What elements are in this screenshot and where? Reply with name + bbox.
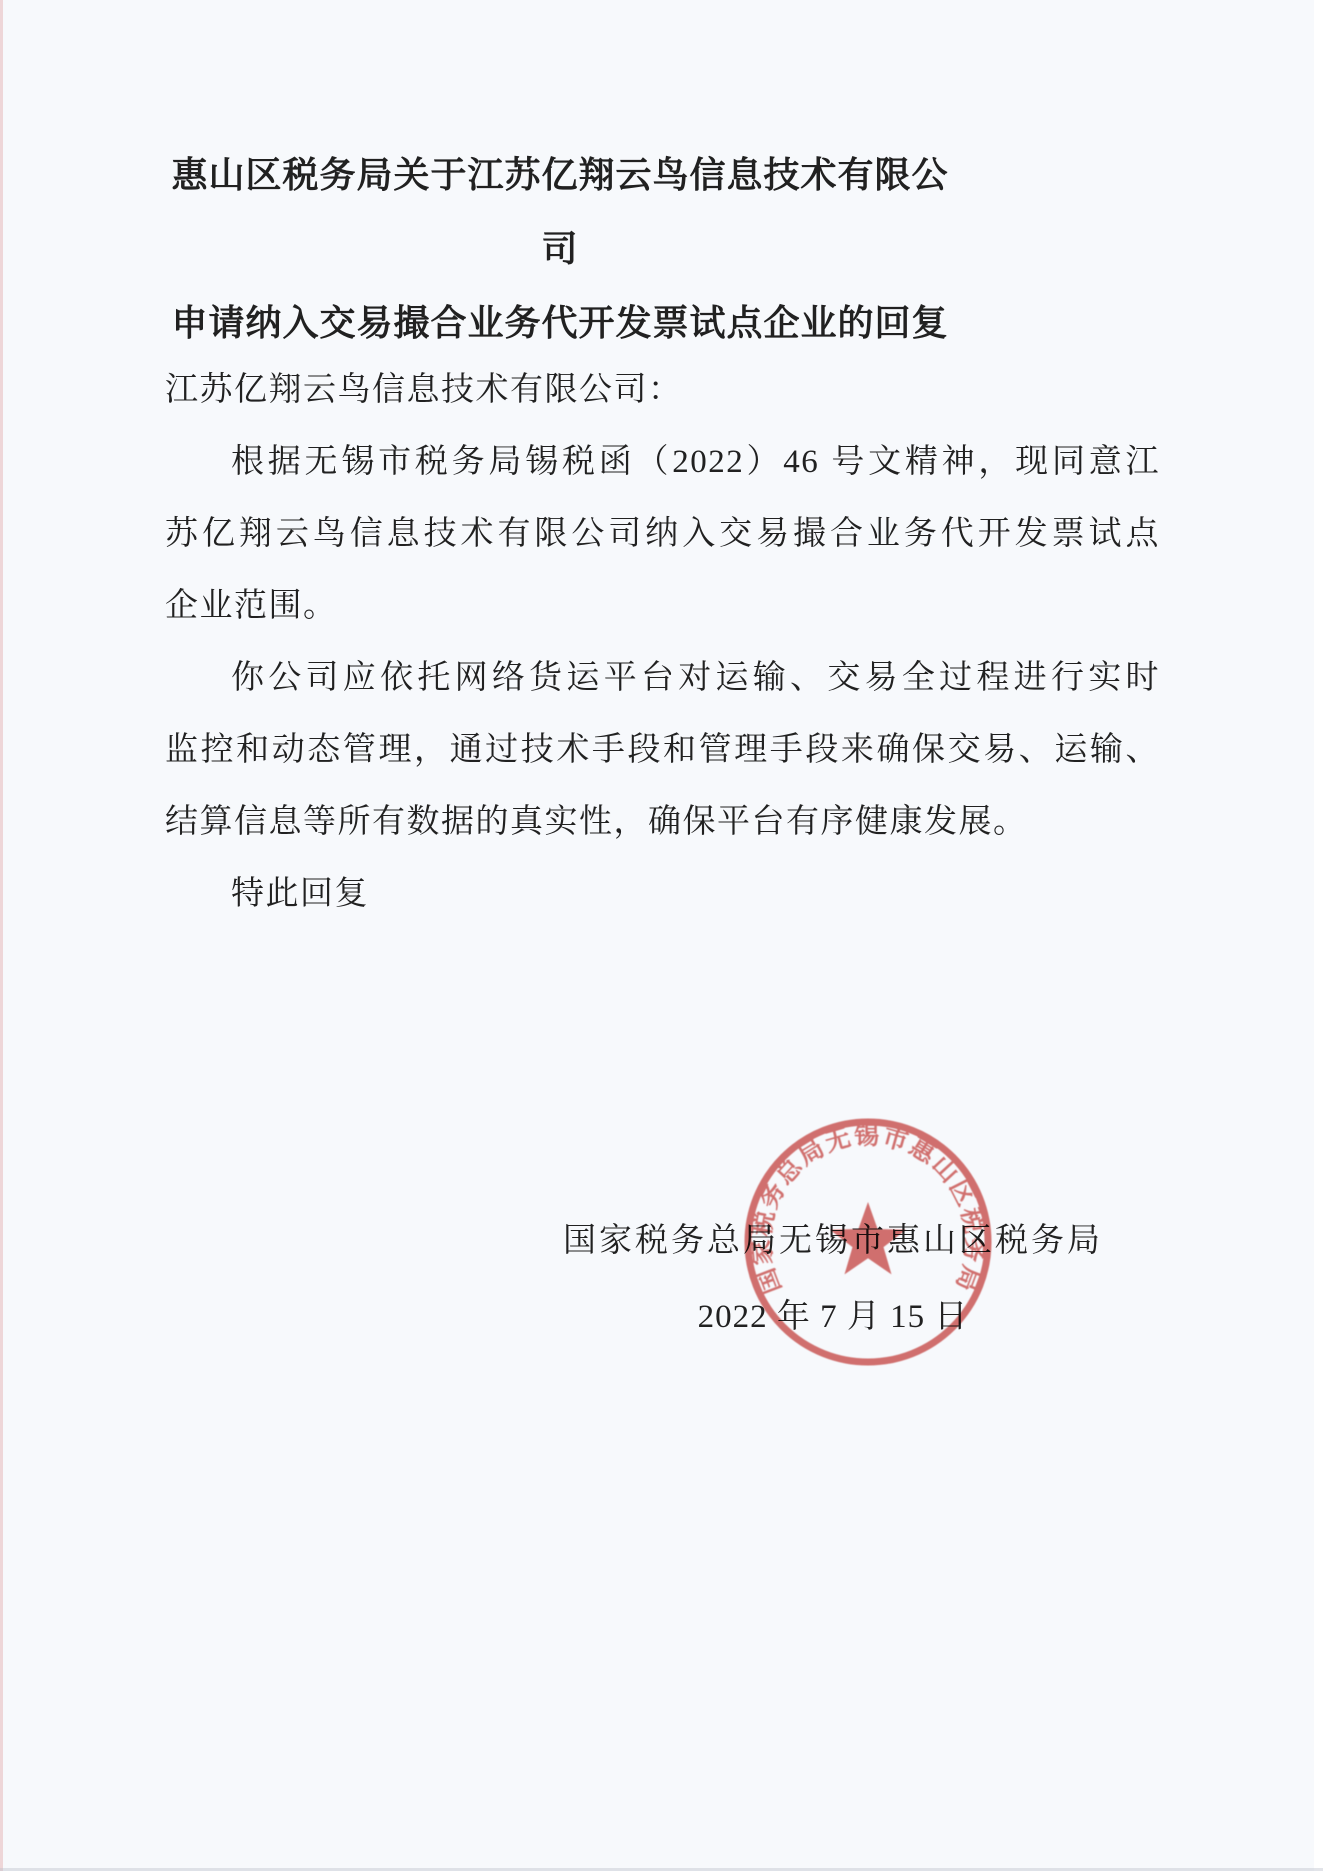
- paragraph: 根据无锡市税务局锡税函（2022）46 号文精神，现同意江苏亿翔云鸟信息技术有限…: [165, 426, 1160, 642]
- scanned-letter-page: 惠山区税务局关于江苏亿翔云鸟信息技术有限公司 申请纳入交易撮合业务代开发票试点企…: [0, 0, 1323, 1871]
- body-line: 苏亿翔云鸟信息技术有限公司纳入交易撮合业务代开发票试点: [165, 498, 1160, 570]
- scan-edge-left: [0, 0, 3, 1871]
- body-line: 根据无锡市税务局锡税函（2022）46 号文精神，现同意江: [165, 426, 1160, 498]
- document-title: 惠山区税务局关于江苏亿翔云鸟信息技术有限公司 申请纳入交易撮合业务代开发票试点企…: [160, 138, 960, 360]
- salutation: 江苏亿翔云鸟信息技术有限公司：: [165, 354, 1160, 426]
- scan-edge-right: [1314, 0, 1323, 1871]
- paragraph: 你公司应依托网络货运平台对运输、交易全过程进行实时监控和动态管理，通过技术手段和…: [165, 642, 1160, 858]
- letter-body: 江苏亿翔云鸟信息技术有限公司： 根据无锡市税务局锡税函（2022）46 号文精神…: [165, 354, 1160, 930]
- body-line: 你公司应依托网络货运平台对运输、交易全过程进行实时: [165, 642, 1160, 714]
- closing-line: 特此回复: [165, 858, 1160, 930]
- body-line: 监控和动态管理，通过技术手段和管理手段来确保交易、运输、: [165, 714, 1160, 786]
- body-line: 企业范围。: [165, 570, 1160, 642]
- official-seal: 国家税务总局无锡市惠山区税务局: [738, 1112, 998, 1372]
- star-icon: [830, 1202, 906, 1274]
- body-line: 结算信息等所有数据的真实性，确保平台有序健康发展。: [165, 786, 1160, 858]
- title-line-1: 惠山区税务局关于江苏亿翔云鸟信息技术有限公司: [160, 138, 960, 286]
- title-line-2: 申请纳入交易撮合业务代开发票试点企业的回复: [160, 286, 960, 360]
- paragraphs: 根据无锡市税务局锡税函（2022）46 号文精神，现同意江苏亿翔云鸟信息技术有限…: [165, 426, 1160, 858]
